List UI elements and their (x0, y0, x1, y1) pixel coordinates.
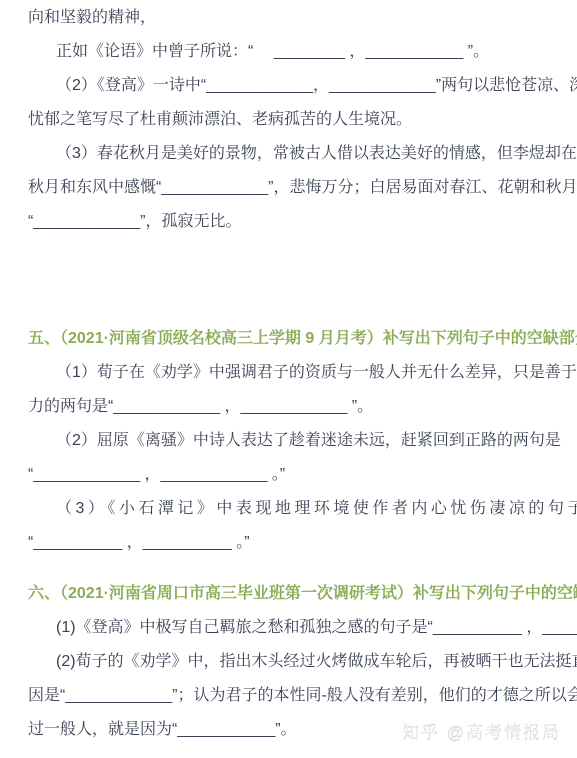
section-four-continuation: 向和坚毅的精神， 正如《论语》中曾子所说：“ ________ ，_______… (28, 1, 553, 239)
text-line-with-blanks: “____________”，孤寂无比。 (28, 205, 553, 239)
exam-document-page: 向和坚毅的精神， 正如《论语》中曾子所说：“ ________ ，_______… (0, 0, 577, 758)
blank-gap (28, 560, 553, 577)
text-line-with-blanks: 因是“____________”；认为君子的本性同-般人没有差别，他们的才德之所… (28, 679, 553, 713)
text-line: (2)荀子的《劝学》中，指出木头经过火烤做成车轮后，再被晒干也无法挺直的原 (28, 645, 553, 679)
text-line-with-blanks: 力的两句是“____________ ，____________ ”。 (28, 390, 553, 424)
text-line: （3）《小石潭记》中表现地理环境使作者内心忧伤凄凉的句子是 (28, 492, 553, 526)
text-line: 忧郁之笔写尽了杜甫颠沛漂泊、老病孤苦的人生境况。 (28, 103, 553, 137)
text-line-with-blanks: （2）《登高》一诗中“____________，____________”两句以… (28, 69, 553, 103)
text-line: 向和坚毅的精神， (28, 1, 553, 35)
section-six-heading: 六、（2021·河南省周口市高三毕业班第一次调研考试）补写出下列句子中的空缺部分… (28, 577, 553, 611)
text-line-with-blanks: 正如《论语》中曾子所说：“ ________ ，___________ ”。 (28, 35, 553, 69)
text-line: （3）春花秋月是美好的景物，常被古人借以表达美好的情感，但李煜却在春花、 (28, 137, 553, 171)
text-line: （1）荀子在《劝学》中强调君子的资质与一般人并无什么差异，只是善于借助外 (28, 356, 553, 390)
text-line: （2）屈原《离骚》中诗人表达了趁着迷途未远，赶紧回到正路的两句是 (28, 424, 553, 458)
watermark-zhihu: 知乎 @高考情报局 (402, 719, 561, 744)
text-line-with-blanks: “__________ ，__________ 。” (28, 526, 553, 560)
text-line-with-blanks: 秋月和东风中感慨“____________”，悲悔万分；白居易面对春江、花朝和秋… (28, 171, 553, 205)
text-line-with-blanks: “____________ ，____________ 。” (28, 458, 553, 492)
blank-gap (28, 239, 553, 322)
text-line-with-blanks: (1)《登高》中极写自己羁旅之愁和孤独之感的句子是“__________ ，__… (28, 611, 553, 645)
section-five-heading: 五、（2021·河南省顶级名校高三上学期 9 月月考）补写出下列句子中的空缺部分… (28, 322, 553, 356)
section-five: 五、（2021·河南省顶级名校高三上学期 9 月月考）补写出下列句子中的空缺部分… (28, 322, 553, 560)
